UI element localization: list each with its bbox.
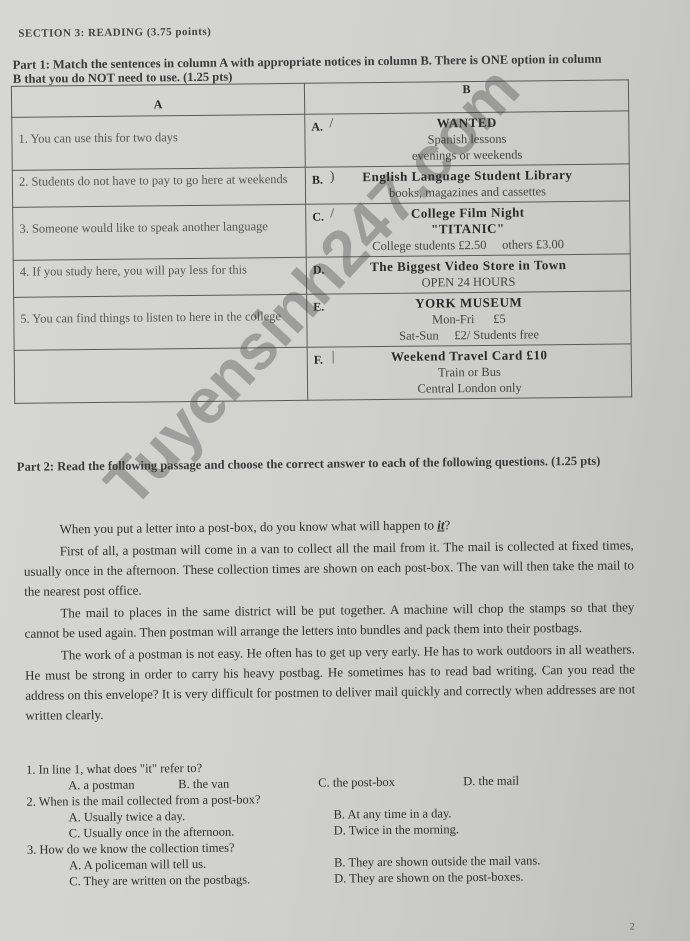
notice-letter: D.	[313, 262, 325, 278]
handwritten-mark: )	[330, 170, 335, 186]
table-row: 3. Someone would like to speak another l…	[13, 201, 631, 260]
passage-text: When you put a letter into a post-box, d…	[59, 517, 437, 536]
passage-paragraph: The work of a postman is not easy. He of…	[25, 639, 636, 725]
question-3: 3. How do we know the collection times? …	[27, 835, 647, 889]
column-a-item: 3. Someone would like to speak another l…	[13, 205, 305, 237]
notice-line: Central London only	[308, 378, 631, 397]
matching-table: A B 1. You can use this for two days A. …	[11, 79, 632, 403]
passage-text: ?	[444, 517, 450, 532]
column-a-item: 5. You can find things to listen to here…	[14, 295, 306, 327]
table-row: 4. If you study here, you will pay less …	[13, 254, 630, 297]
notice-line: evenings or weekends	[306, 145, 629, 164]
notice-letter: B.	[312, 172, 323, 188]
option-c: C. Usually once in the afternoon.	[69, 823, 334, 842]
notice-letter: E.	[313, 299, 324, 315]
table-row: 1. You can use this for two days A. / WA…	[12, 111, 630, 170]
handwritten-mark: |	[332, 350, 335, 366]
notice-b: B. ) English Language Student Library bo…	[306, 164, 629, 203]
exam-page: SECTION 3: READING (3.75 points) Part 1:…	[0, 0, 690, 941]
handwritten-mark: /	[329, 117, 333, 133]
passage-paragraph: First of all, a postman will come in a v…	[24, 535, 635, 601]
table-row: F. | Weekend Travel Card £10 Train or Bu…	[14, 344, 632, 403]
notice-f: F. | Weekend Travel Card £10 Train or Bu…	[308, 344, 632, 399]
notice-letter: C.	[312, 209, 324, 225]
handwritten-mark: /	[330, 207, 334, 223]
notice-line: Sat-Sun £2/ Students free	[307, 325, 630, 344]
option-b: B. the van	[178, 775, 318, 792]
column-a-item: 4. If you study here, you will pay less …	[14, 258, 306, 280]
reading-passage: When you put a letter into a post-box, d…	[23, 513, 635, 727]
option-a: A. a postman	[68, 776, 178, 793]
option-d: D. the mail	[463, 772, 583, 789]
column-a-header: A	[11, 83, 304, 117]
option-d: D. Twice in the morning.	[334, 819, 634, 838]
passage-paragraph: The mail to places in the same district …	[24, 597, 634, 643]
table-row: 2. Students do not have to pay to go her…	[12, 164, 629, 207]
section-title: SECTION 3: READING (3.75 points)	[18, 26, 211, 40]
option-c: C. the post-box	[318, 773, 463, 791]
column-b-header: B	[304, 80, 628, 114]
question-list: 1. In line 1, what does "it" refer to? A…	[26, 755, 647, 889]
question-2: 2. When is the mail collected from a pos…	[26, 787, 646, 841]
notice-letter: A.	[311, 119, 323, 135]
table-row: 5. You can find things to listen to here…	[14, 291, 632, 350]
notice-line: College students £2.50 others £3.00	[307, 235, 630, 254]
notice-letter: F.	[314, 352, 323, 368]
part2-instructions: Part 2: Read the following passage and c…	[17, 452, 617, 476]
notice-c: C. / College Film Night "TITANIC" Colleg…	[306, 201, 630, 256]
notice-a: A. / WANTED Spanish lessons evenings or …	[305, 111, 629, 166]
option-d: D. They are shown on the post-boxes.	[334, 867, 634, 886]
column-a-item-empty	[15, 348, 307, 361]
notice-line: OPEN 24 HOURS	[307, 272, 630, 291]
column-a-item: 1. You can use this for two days	[12, 115, 304, 147]
notice-d: D. The Biggest Video Store in Town OPEN …	[307, 254, 630, 293]
question-1: 1. In line 1, what does "it" refer to? A…	[26, 755, 646, 793]
notice-e: E. YORK MUSEUM Mon-Fri £5 Sat-Sun £2/ St…	[307, 291, 631, 346]
page-number: 2	[630, 921, 635, 932]
notice-line: books, magazines and cassettes	[306, 182, 629, 201]
column-a-item: 2. Students do not have to pay to go her…	[13, 168, 305, 190]
option-c: C. They are written on the postbags.	[69, 871, 334, 890]
